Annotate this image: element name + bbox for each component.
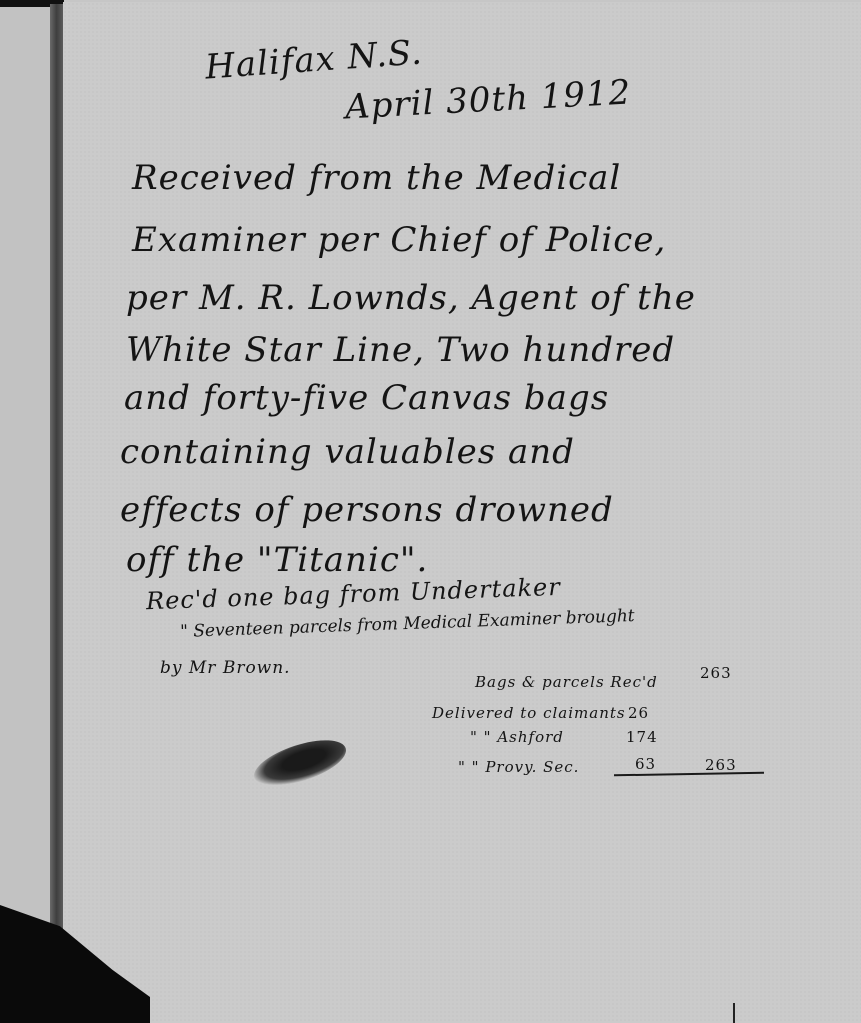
body-line-5: and forty-five Canvas bags <box>124 378 609 418</box>
ink-mark <box>733 1003 735 1023</box>
body-line-6: containing valuables and <box>120 432 575 472</box>
scanned-document: Halifax N.S. April 30th 1912 Received fr… <box>0 0 861 1023</box>
tally-label: Delivered to claimants <box>432 704 626 722</box>
facing-page-edge <box>0 6 52 1023</box>
tally-label: " " Ashford <box>470 728 564 746</box>
body-line-2: Examiner per Chief of Police, <box>132 220 666 260</box>
body-line-8: off the "Titanic". <box>126 540 428 580</box>
tally-value: 26 <box>628 704 649 722</box>
tally-value: 263 <box>700 664 732 682</box>
book-gutter <box>50 4 63 944</box>
tally-label: Bags & parcels Rec'd <box>475 673 658 691</box>
body-line-4: White Star Line, Two hundred <box>126 330 675 370</box>
tally-value: 63 <box>635 755 656 773</box>
tally-label: " " Provy. Sec. <box>458 758 579 776</box>
tally-value: 174 <box>626 728 658 746</box>
body-line-3: per M. R. Lownds, Agent of the <box>126 278 696 318</box>
body-line-7: effects of persons drowned <box>120 490 614 530</box>
note-line-3: by Mr Brown. <box>160 658 291 678</box>
body-line-1: Received from the Medical <box>132 158 621 198</box>
